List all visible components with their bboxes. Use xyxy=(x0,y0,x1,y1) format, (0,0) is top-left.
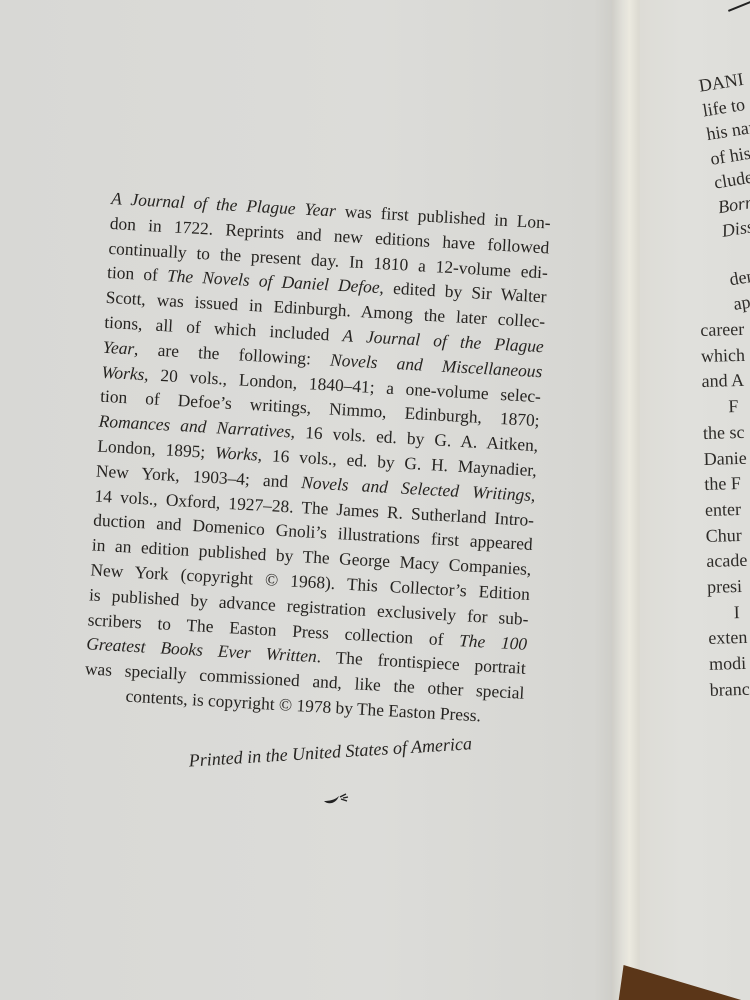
right-page-line: the sc xyxy=(703,420,748,447)
right-page-line: Chur xyxy=(705,522,750,549)
right-page-line: Danie xyxy=(703,445,748,472)
italic-title: Works xyxy=(215,442,259,464)
italic-title: Year xyxy=(102,337,134,359)
chapter-rule xyxy=(728,0,750,11)
right-page-line: exten xyxy=(708,625,750,652)
right-page-line: enter xyxy=(705,497,750,524)
right-page-text-top: DANIlife tohis narof hiscludeBorn IDisse… xyxy=(697,66,750,340)
right-page-line: presi xyxy=(707,574,750,601)
italic-title: Works xyxy=(101,361,145,383)
right-page-line: branc xyxy=(709,677,750,704)
text-run: tion of xyxy=(107,262,168,285)
colophon-paragraph: A Journal of the Plague Year was first p… xyxy=(83,186,551,730)
right-page-text-bottom: careerwhichand AFthe scDaniethe FenterCh… xyxy=(700,317,750,704)
italic-title: The 100 xyxy=(459,630,528,654)
right-page-line: career xyxy=(700,317,745,344)
right-page-line: I xyxy=(707,599,750,626)
right-page-line: modi xyxy=(709,651,750,678)
right-page: DANIlife tohis narof hiscludeBorn IDisse… xyxy=(640,0,750,1000)
right-page-line: the F xyxy=(704,471,749,498)
fleuron-ornament-icon xyxy=(322,792,350,806)
right-page-line: and A xyxy=(701,368,746,395)
right-page-line: acade xyxy=(706,548,750,575)
text-run: London, 1895; xyxy=(97,436,216,463)
right-page-line: which xyxy=(701,343,746,370)
right-page-line: F xyxy=(702,394,747,421)
